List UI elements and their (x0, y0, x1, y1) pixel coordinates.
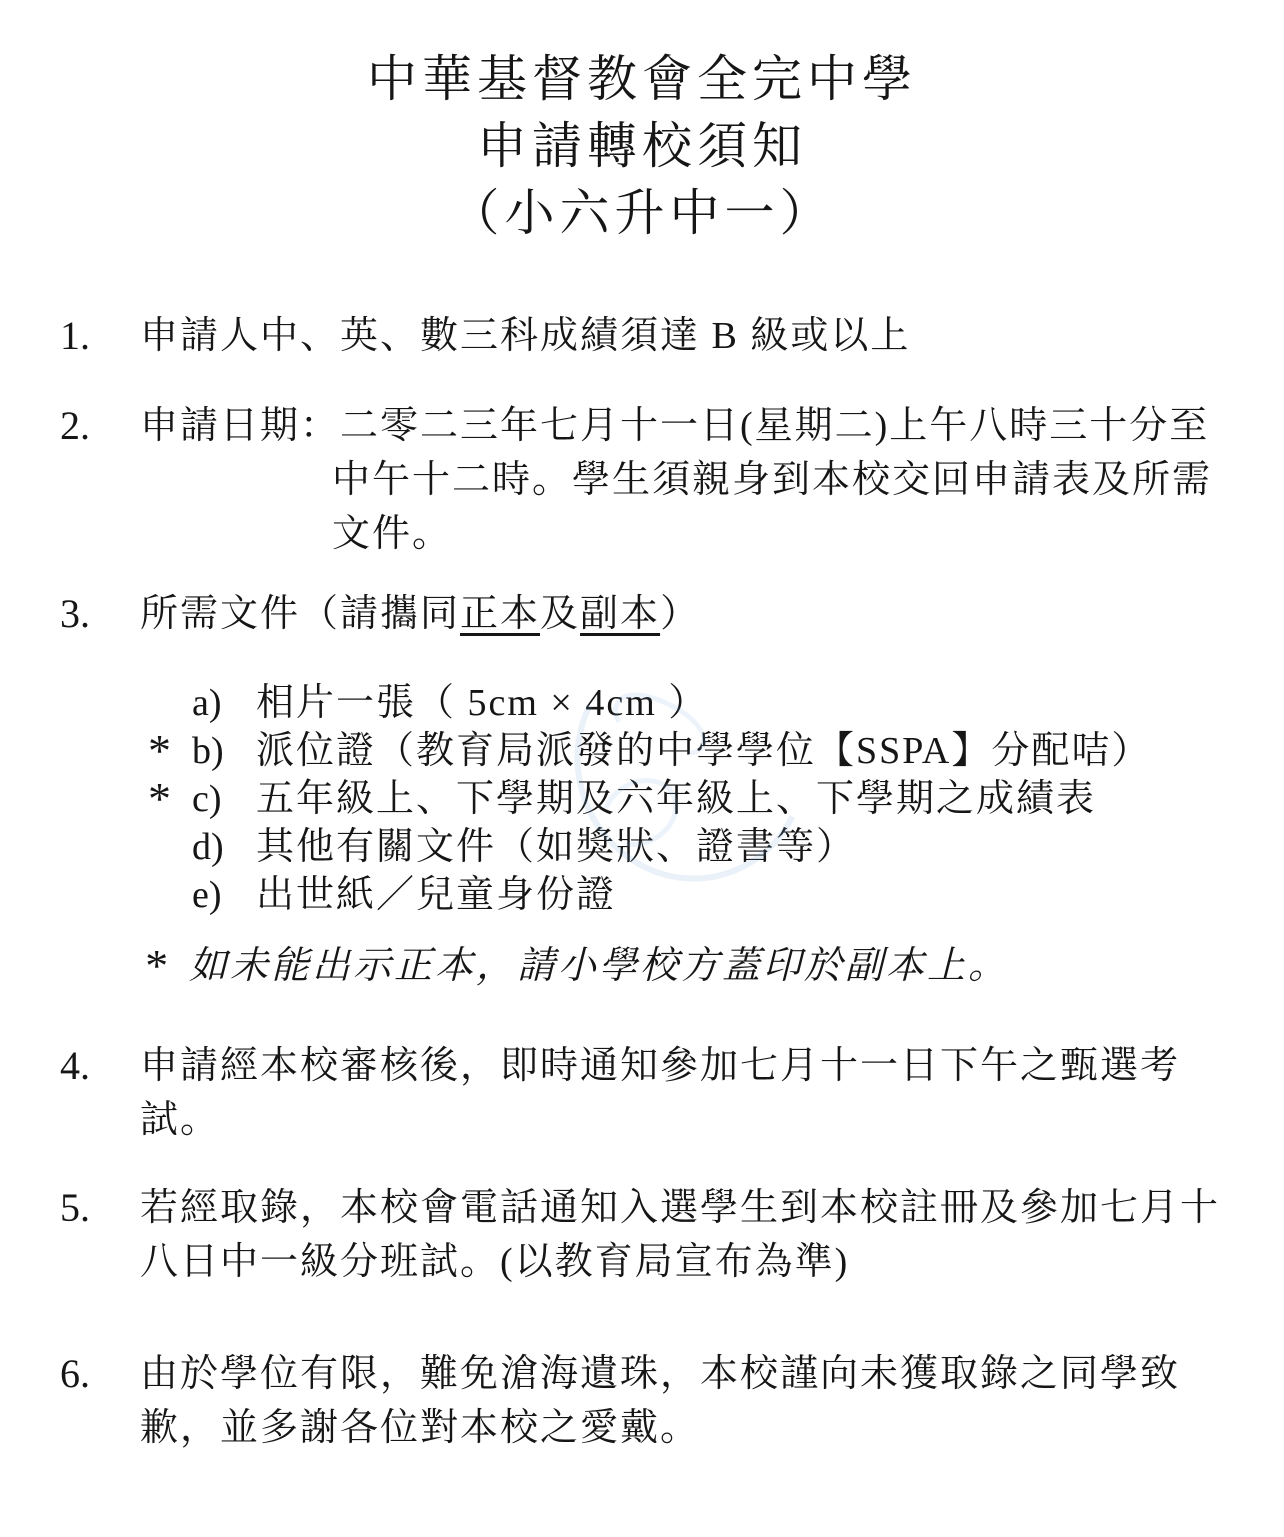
item-6-line-2: 歉，並多謝各位對本校之愛戴。 (140, 1401, 1180, 1455)
item-2-line-3: 文件。 (140, 507, 1212, 561)
item-4-line-2: 試。 (140, 1093, 1180, 1147)
item-3-underlined-copy: 副本 (580, 593, 660, 635)
list-item-5: 5. 若經取錄，本校會電話通知入選學生到本校註冊及參加七月十 八日中一級分班試。… (60, 1181, 1244, 1289)
document-body: 1. 申請人中、英、數三科成績須達 B 級或以上 2. 申請日期：二零二三年七月… (0, 309, 1284, 1455)
item-5-line-2: 八日中一級分班試。(以教育局宣布為準) (140, 1235, 1220, 1289)
school-name: 中華基督教會全完中學 (0, 46, 1284, 113)
footnote: * 如未能出示正本，請小學校方蓋印於副本上。 (143, 939, 1284, 993)
sub-item-d-text: 其他有關文件（如獎狀、證書等） (256, 823, 856, 871)
sub-item-c: * c) 五年級上、下學期及六年級上、下學期之成績表 (148, 775, 1284, 823)
document-page: 中華基督教會全完中學 申請轉校須知 （小六升中一） 1. 申請人中、英、數三科成… (0, 0, 1284, 1537)
sub-item-c-text: 五年級上、下學期及六年級上、下學期之成績表 (256, 775, 1096, 823)
item-6-number: 6. (60, 1347, 140, 1455)
item-1-text: 申請人中、英、數三科成績須達 B 級或以上 (140, 309, 910, 363)
item-3-text: 所需文件（請攜同正本及副本） (140, 587, 700, 641)
document-subtitle: （小六升中一） (0, 180, 1284, 247)
sub-item-e: e) 出世紙／兒童身份證 (148, 871, 1284, 919)
item-2-number: 2. (60, 399, 140, 561)
sub-item-b-text: 派位證（教育局派發的中學學位【SSPA】分配咭） (256, 727, 1151, 775)
sub-item-e-text: 出世紙／兒童身份證 (256, 871, 616, 919)
list-item-4: 4. 申請經本校審核後，即時通知參加七月十一日下午之甄選考 試。 (60, 1039, 1244, 1147)
sub-item-c-letter: c) (192, 775, 256, 823)
sub-item-a: a) 相片一張（ 5cm × 4cm ） (148, 679, 1284, 727)
item-4-number: 4. (60, 1039, 140, 1147)
sub-item-a-star (148, 679, 192, 727)
item-3-number: 3. (60, 587, 140, 641)
item-3-pre: 所需文件（請攜同 (140, 593, 460, 635)
list-item-3: 3. 所需文件（請攜同正本及副本） (60, 587, 1244, 641)
sub-item-a-text: 相片一張（ 5cm × 4cm ） (256, 679, 708, 727)
document-title-block: 中華基督教會全完中學 申請轉校須知 （小六升中一） (0, 0, 1284, 247)
document-title: 申請轉校須知 (0, 113, 1284, 180)
sub-item-b: * b) 派位證（教育局派發的中學學位【SSPA】分配咭） (148, 727, 1284, 775)
item-3-underlined-original: 正本 (460, 593, 540, 635)
sub-item-e-star (148, 871, 192, 919)
sub-item-e-letter: e) (192, 871, 256, 919)
sub-item-d: d) 其他有關文件（如獎狀、證書等） (148, 823, 1284, 871)
item-6-line-1: 由於學位有限，難免滄海遺珠，本校謹向未獲取錄之同學致 (140, 1347, 1180, 1401)
list-item-1: 1. 申請人中、英、數三科成績須達 B 級或以上 (60, 309, 1244, 363)
item-5-number: 5. (60, 1181, 140, 1289)
sub-item-d-letter: d) (192, 823, 256, 871)
sub-item-a-letter: a) (192, 679, 256, 727)
required-documents-list: a) 相片一張（ 5cm × 4cm ） * b) 派位證（教育局派發的中學學位… (0, 679, 1284, 919)
sub-item-b-star: * (148, 727, 192, 775)
sub-item-d-star (148, 823, 192, 871)
item-5-line-1: 若經取錄，本校會電話通知入選學生到本校註冊及參加七月十 (140, 1181, 1220, 1235)
item-2-line-1: 申請日期：二零二三年七月十一日(星期二)上午八時三十分至 (140, 399, 1212, 453)
item-4-line-1: 申請經本校審核後，即時通知參加七月十一日下午之甄選考 (140, 1039, 1180, 1093)
footnote-star: * (143, 939, 189, 993)
item-3-mid: 及 (540, 593, 580, 635)
sub-item-c-star: * (148, 775, 192, 823)
item-1-number: 1. (60, 309, 140, 363)
item-2-line-2: 中午十二時。學生須親身到本校交回申請表及所需 (140, 453, 1212, 507)
list-item-2: 2. 申請日期：二零二三年七月十一日(星期二)上午八時三十分至 中午十二時。學生… (60, 399, 1244, 561)
sub-item-b-letter: b) (192, 727, 256, 775)
footnote-text: 如未能出示正本，請小學校方蓋印於副本上。 (189, 939, 1009, 993)
item-3-post: ） (660, 593, 700, 635)
list-item-6: 6. 由於學位有限，難免滄海遺珠，本校謹向未獲取錄之同學致 歉，並多謝各位對本校… (60, 1347, 1244, 1455)
